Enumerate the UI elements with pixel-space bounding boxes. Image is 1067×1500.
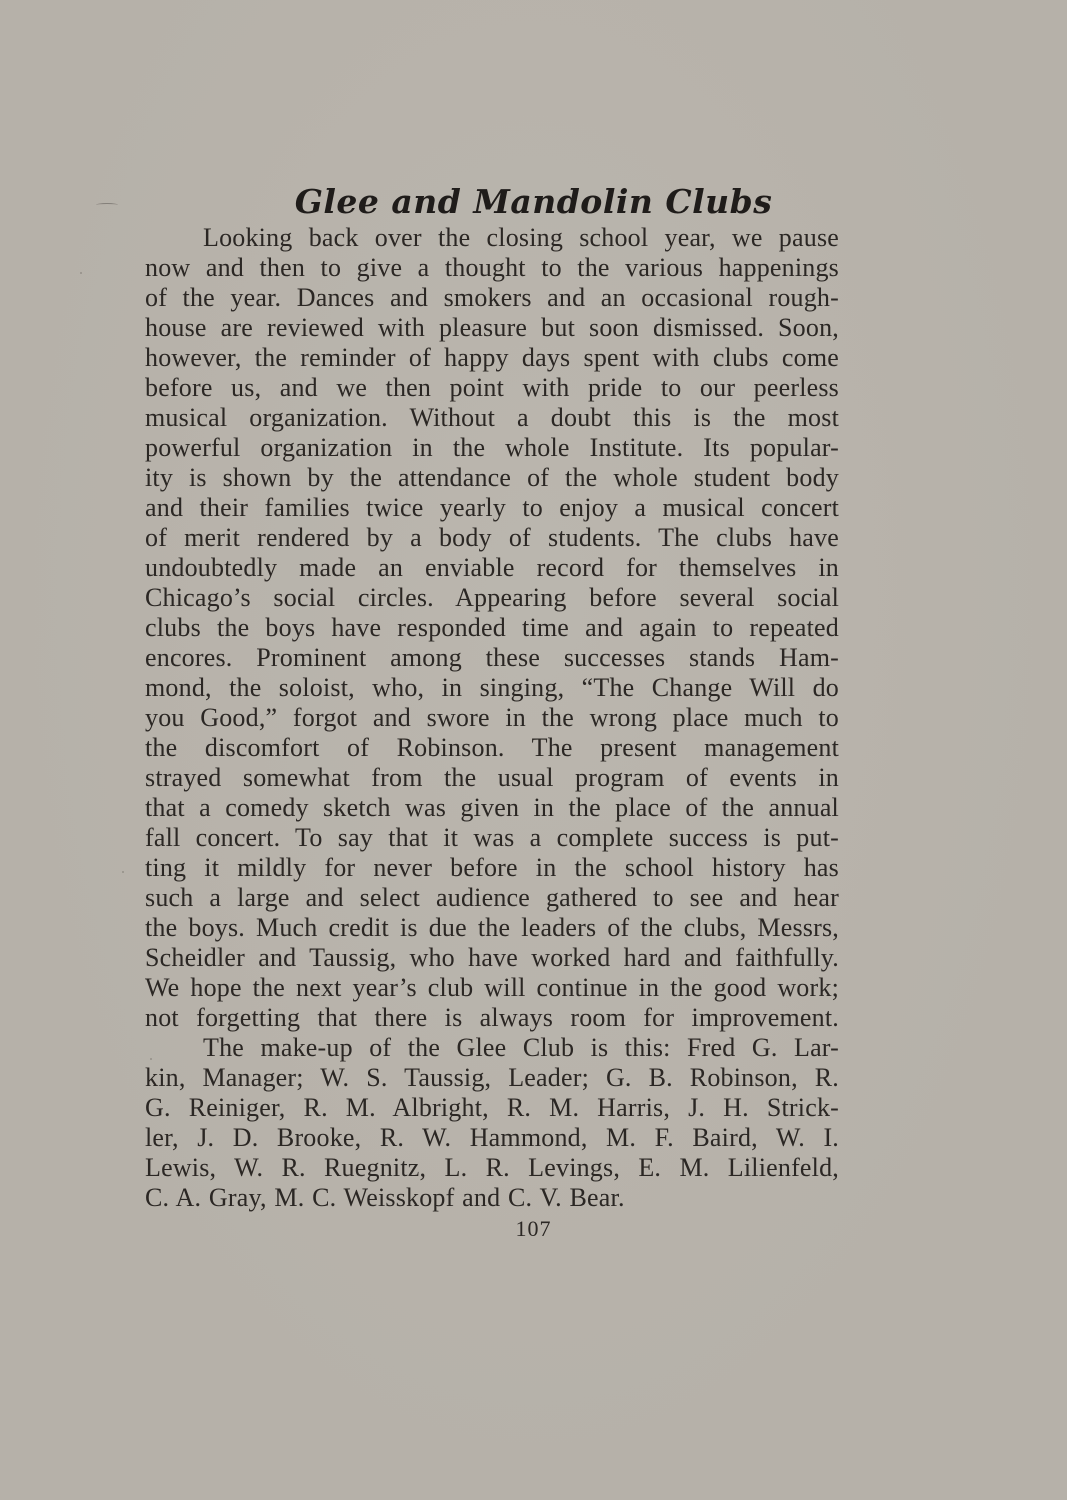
text-line: the discomfort of Robinson. The present … <box>145 733 839 763</box>
text-line: house are reviewed with pleasure but soo… <box>145 313 839 343</box>
text-line: kin, Manager; W. S. Taussig, Leader; G. … <box>145 1063 839 1093</box>
text-line: ler, J. D. Brooke, R. W. Hammond, M. F. … <box>145 1123 839 1153</box>
text-line: We hope the next year’s club will contin… <box>145 973 839 1003</box>
text-line: Lewis, W. R. Ruegnitz, L. R. Levings, E.… <box>145 1153 839 1183</box>
text-line: strayed somewhat from the usual program … <box>145 763 839 793</box>
paragraph-1: Looking back over the closing school yea… <box>145 223 839 1033</box>
text-line: such a large and select audience gathere… <box>145 883 839 913</box>
text-line: clubs the boys have responded time and a… <box>145 613 839 643</box>
text-line: ting it mildly for never before in the s… <box>145 853 839 883</box>
body-text: Looking back over the closing school yea… <box>145 223 839 1213</box>
text-line: and their families twice yearly to enjoy… <box>145 493 839 523</box>
text-line: The make-up of the Glee Club is this: Fr… <box>145 1033 839 1063</box>
text-line: ity is shown by the attendance of the wh… <box>145 463 839 493</box>
page-title: Glee and Mandolin Clubs <box>0 182 1067 221</box>
text-line: the boys. Much credit is due the leaders… <box>145 913 839 943</box>
text-line: undoubtedly made an enviable record for … <box>145 553 839 583</box>
text-line: powerful organization in the whole Insti… <box>145 433 839 463</box>
text-line: musical organization. Without a doubt th… <box>145 403 839 433</box>
text-line: Chicago’s social circles. Appearing befo… <box>145 583 839 613</box>
text-line: you Good,” forgot and swore in the wrong… <box>145 703 839 733</box>
text-line: Scheidler and Taussig, who have worked h… <box>145 943 839 973</box>
text-line: before us, and we then point with pride … <box>145 373 839 403</box>
text-line: of the year. Dances and smokers and an o… <box>145 283 839 313</box>
text-line: however, the reminder of happy days spen… <box>145 343 839 373</box>
text-line: fall concert. To say that it was a compl… <box>145 823 839 853</box>
paragraph-2: The make-up of the Glee Club is this: Fr… <box>145 1033 839 1213</box>
text-line: C. A. Gray, M. C. Weisskopf and C. V. Be… <box>145 1183 839 1213</box>
text-line: of merit rendered by a body of students.… <box>145 523 839 553</box>
text-line: that a comedy sketch was given in the pl… <box>145 793 839 823</box>
text-line: now and then to give a thought to the va… <box>145 253 839 283</box>
text-line: G. Reiniger, R. M. Albright, R. M. Harri… <box>145 1093 839 1123</box>
text-line: encores. Prominent among these successes… <box>145 643 839 673</box>
text-line: mond, the soloist, who, in singing, “The… <box>145 673 839 703</box>
text-line: not forgetting that there is always room… <box>145 1003 839 1033</box>
text-line: Looking back over the closing school yea… <box>145 223 839 253</box>
page-number: 107 <box>0 1216 1067 1242</box>
paper-speck <box>80 272 82 274</box>
document-page: Glee and Mandolin Clubs Looking back ove… <box>0 0 1067 1500</box>
paper-speck <box>122 871 124 873</box>
